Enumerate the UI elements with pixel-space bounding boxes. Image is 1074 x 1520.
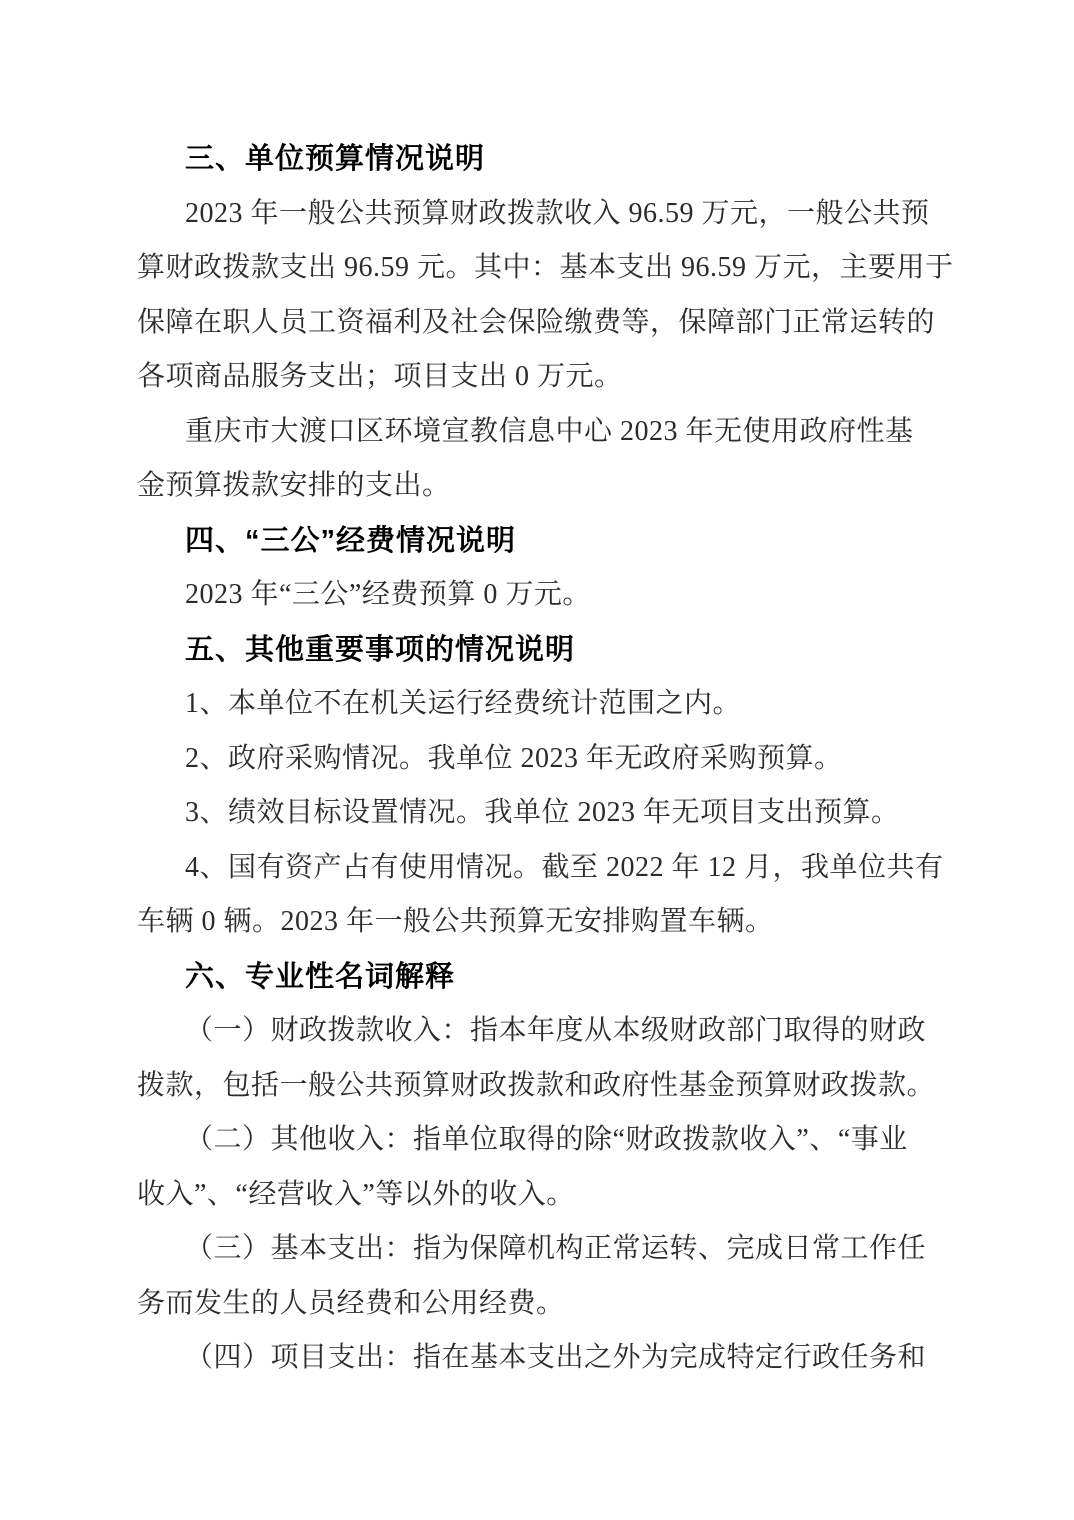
text-line: （三）基本支出：指为保障机构正常运转、完成日常工作任 [137,1222,943,1277]
document-page: 三、单位预算情况说明2023 年一般公共预算财政拨款收入 96.59 万元，一般… [0,0,1074,1520]
text-line: （四）项目支出：指在基本支出之外为完成特定行政任务和 [137,1331,943,1386]
document-text-block: 三、单位预算情况说明2023 年一般公共预算财政拨款收入 96.59 万元，一般… [137,132,943,1386]
text-line: 2023 年一般公共预算财政拨款收入 96.59 万元，一般公共预 [137,187,943,242]
text-line: 3、绩效目标设置情况。我单位 2023 年无项目支出预算。 [137,786,943,841]
section-heading: 四、“三公”经费情况说明 [137,514,943,569]
text-line: 车辆 0 辆。2023 年一般公共预算无安排购置车辆。 [137,895,943,950]
text-line: 2023 年“三公”经费预算 0 万元。 [137,568,943,623]
text-line: 各项商品服务支出；项目支出 0 万元。 [137,350,943,405]
section-heading: 三、单位预算情况说明 [137,132,943,187]
text-line: 收入”、“经营收入”等以外的收入。 [137,1168,943,1223]
text-line: 重庆市大渡口区环境宣教信息中心 2023 年无使用政府性基 [137,405,943,460]
text-line: 算财政拨款支出 96.59 元。其中：基本支出 96.59 万元，主要用于 [137,241,943,296]
text-line: （二）其他收入：指单位取得的除“财政拨款收入”、“事业 [137,1113,943,1168]
text-line: （一）财政拨款收入：指本年度从本级财政部门取得的财政 [137,1004,943,1059]
text-line: 2、政府采购情况。我单位 2023 年无政府采购预算。 [137,732,943,787]
text-line: 保障在职人员工资福利及社会保险缴费等，保障部门正常运转的 [137,296,943,351]
section-heading: 五、其他重要事项的情况说明 [137,623,943,678]
text-line: 金预算拨款安排的支出。 [137,459,943,514]
text-line: 4、国有资产占有使用情况。截至 2022 年 12 月，我单位共有 [137,841,943,896]
text-line: 务而发生的人员经费和公用经费。 [137,1277,943,1332]
text-line: 1、本单位不在机关运行经费统计范围之内。 [137,677,943,732]
section-heading: 六、专业性名词解释 [137,950,943,1005]
text-line: 拨款，包括一般公共预算财政拨款和政府性基金预算财政拨款。 [137,1059,943,1114]
